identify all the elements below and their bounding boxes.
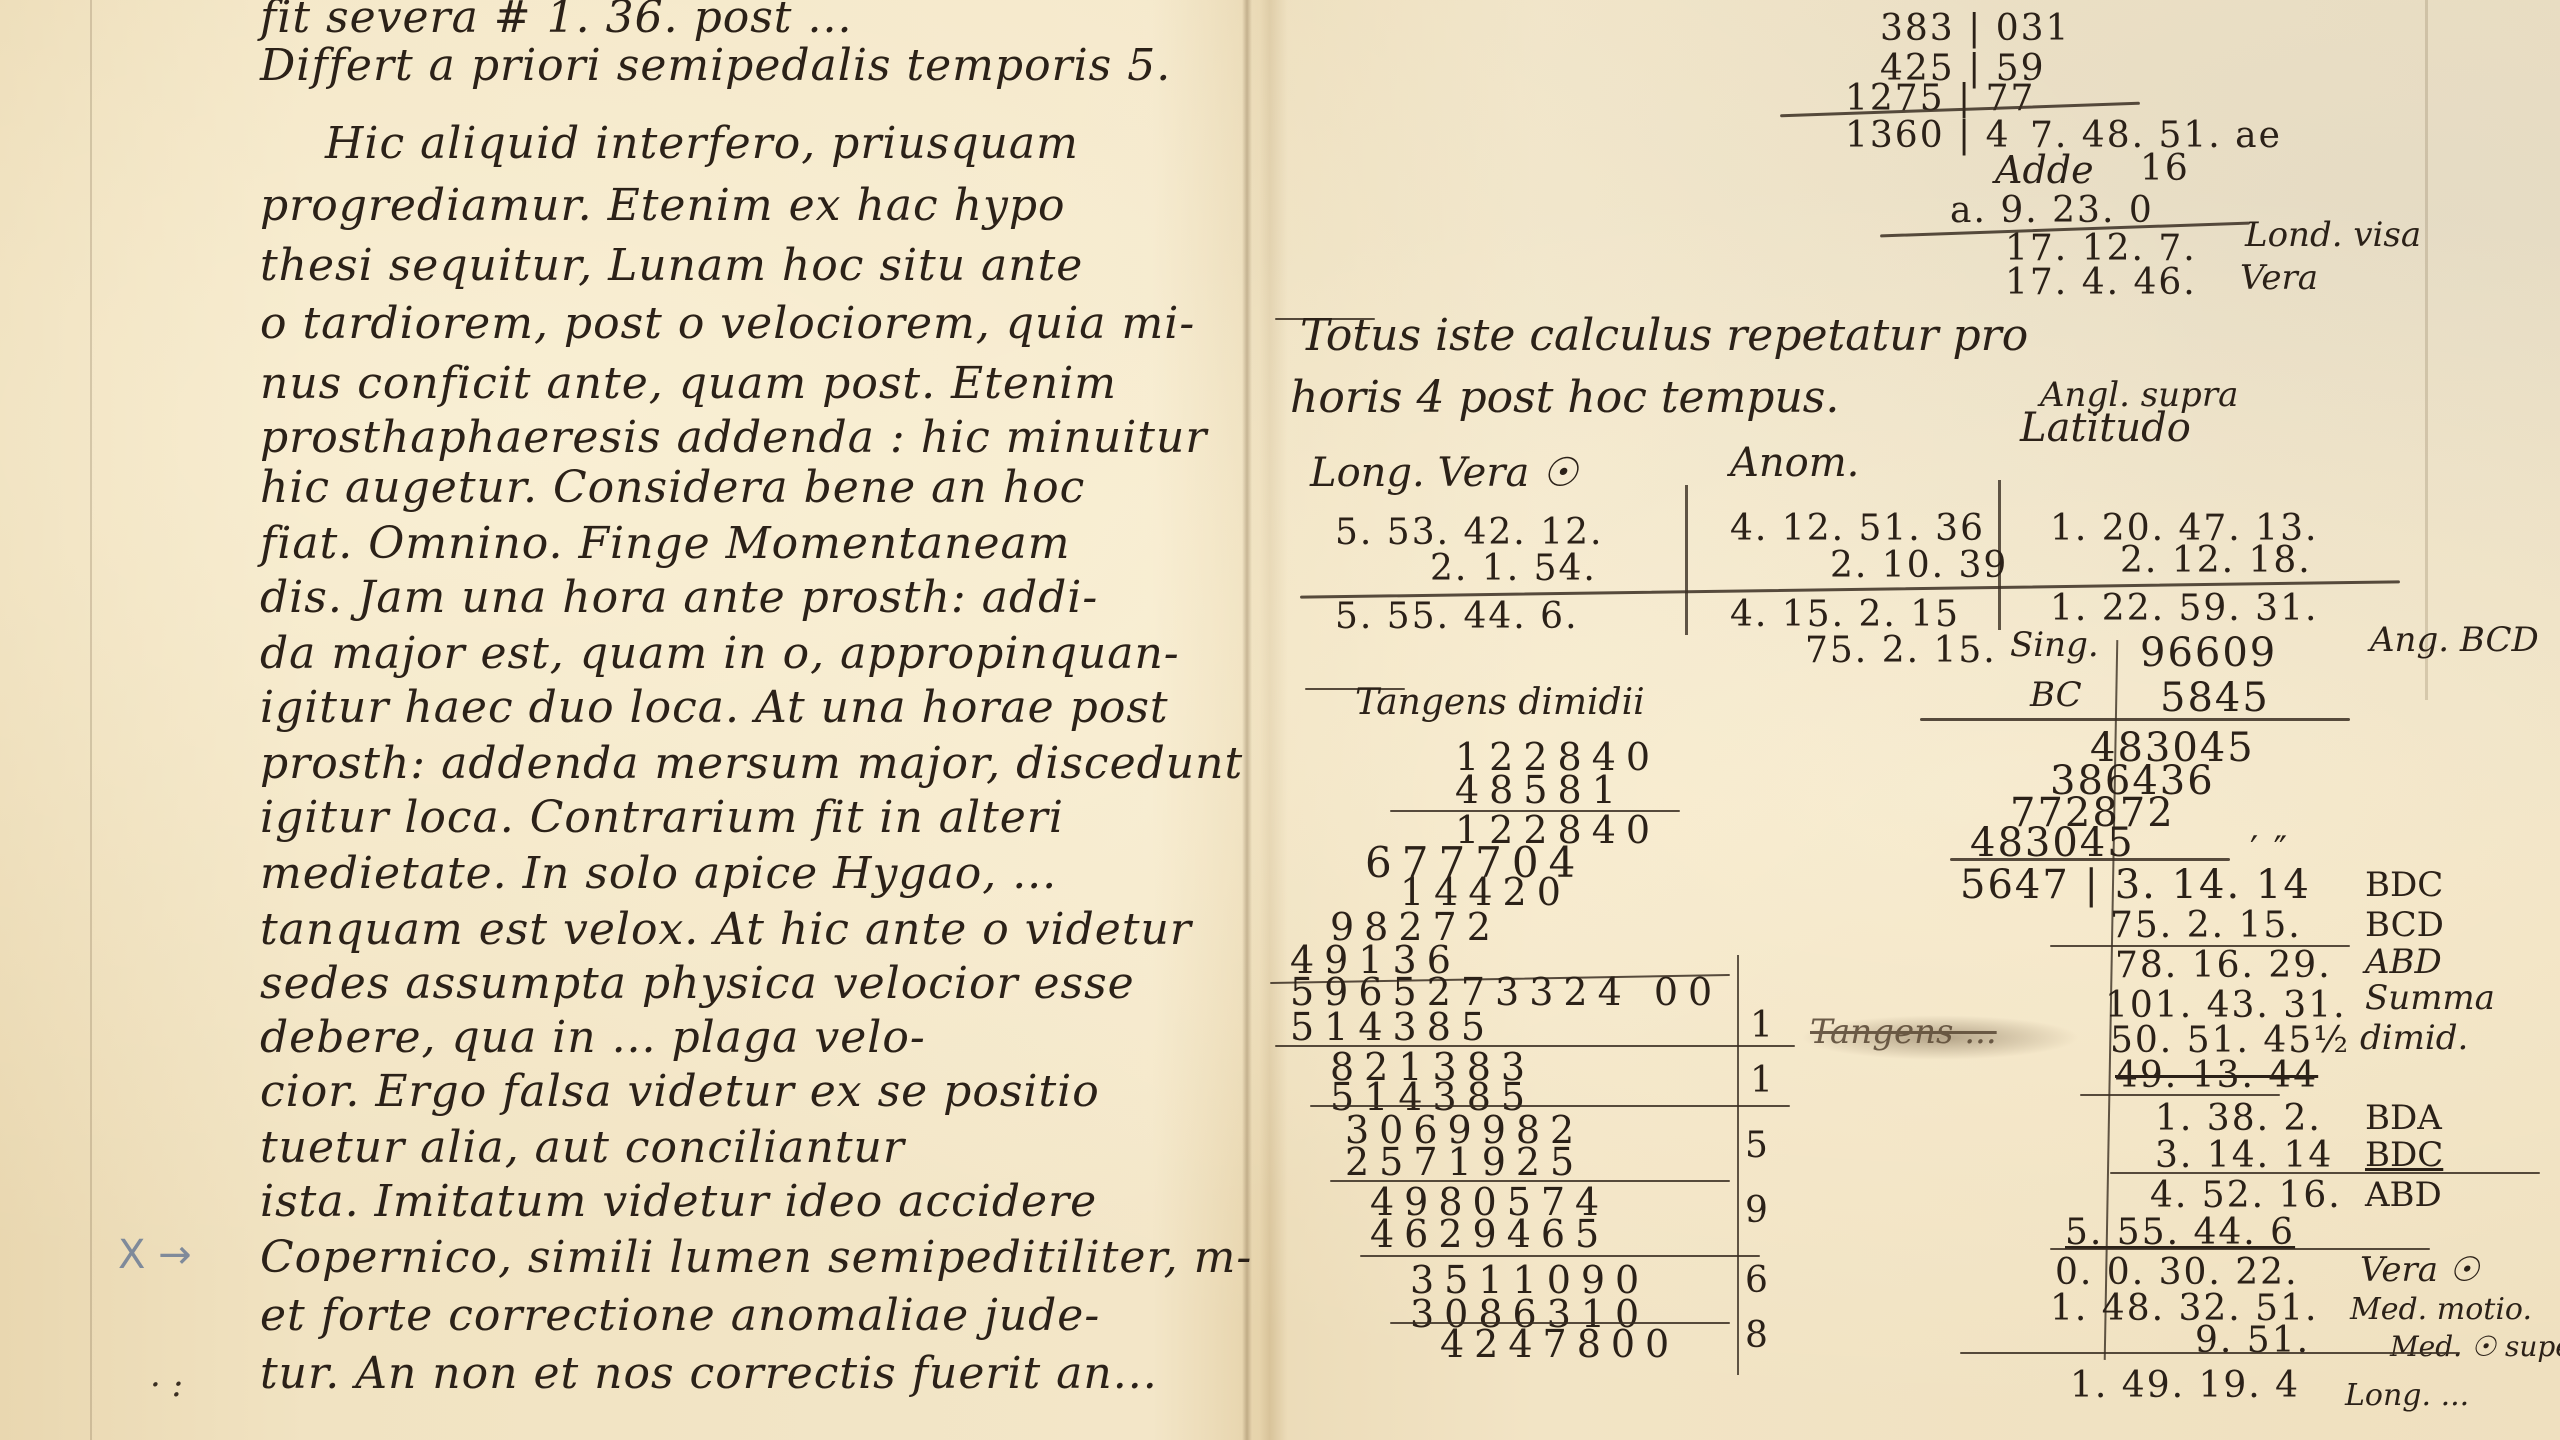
side-digit: 5	[1745, 1125, 1770, 1166]
product-rule	[1920, 718, 2350, 721]
table-cell: 5. 53. 42. 12.	[1335, 512, 1603, 553]
angle-row-label: Summa	[2365, 978, 2495, 1018]
angle-row-value: 4. 52. 16.	[2150, 1175, 2342, 1216]
calc-row: 2571925	[1345, 1140, 1584, 1184]
angle-row-value: 1. 49. 19. 4	[2070, 1365, 2300, 1406]
vera-row: 17. 4. 46.	[2005, 262, 2197, 303]
margin-arrow-note: X →	[118, 1232, 192, 1278]
text-line: tuetur alia, aut conciliantur	[260, 1122, 905, 1173]
calc-row: 1360 | 4	[1845, 115, 2011, 156]
tangens-heading: Tangens dimidii	[1355, 682, 1645, 723]
calc-row: 383 | 031	[1880, 8, 2070, 49]
column-divider	[1685, 485, 1688, 635]
angle-row-value: 1. 38. 2.	[2155, 1098, 2322, 1139]
text-line: nus conficit ante, quam post. Etenim	[260, 358, 1117, 409]
heading-line-1: Totus iste calculus repetatur pro	[1300, 310, 2028, 361]
text-line: cior. Ergo falsa videtur ex se positio	[260, 1066, 1100, 1117]
vera-label: Vera	[2240, 258, 2318, 298]
text-line: sedes assumpta physica velocior esse	[260, 958, 1135, 1009]
text-line: thesi sequitur, Lunam hoc situ ante	[260, 240, 1083, 291]
heading-line-2: horis 4 post hoc tempus.	[1290, 372, 1839, 423]
text-line: ista. Imitatum videtur ideo accidere	[260, 1176, 1097, 1227]
sum-value: a. 9. 23. 0	[1950, 190, 2154, 231]
text-line: o tardiorem, post o velociorem, quia mi-	[260, 298, 1195, 349]
sum-rule	[1960, 1352, 2460, 1354]
text-line: igitur loca. Contrarium fit in alteri	[260, 792, 1064, 843]
side-digit: 1	[1750, 1005, 1775, 1046]
angle-row-label: Med. motio.	[2350, 1292, 2532, 1327]
text-line: fit severa # 1. 36. post ...	[260, 0, 852, 43]
angle-row-label: Vera ☉	[2360, 1250, 2479, 1290]
angle-row-value: 9. 51.	[2195, 1320, 2310, 1361]
angle-row-label: dimid.	[2360, 1018, 2468, 1058]
total-cell: 4. 15. 2. 15	[1730, 594, 1960, 635]
side-digit: 8	[1745, 1315, 1770, 1356]
text-line: Hic aliquid interfero, priusquam	[325, 118, 1079, 169]
angle-row-label: Med. ☉ super 4 Horae	[2390, 1330, 2560, 1363]
table-cell: 2. 1. 54.	[1430, 548, 1597, 589]
calc-row: 4629465	[1370, 1212, 1609, 1256]
text-line: hic augetur. Considera bene an hoc	[260, 462, 1085, 513]
column-header-lat: Latitudo	[2020, 405, 2191, 451]
column-header-anom: Anom.	[1730, 440, 1859, 486]
table-cell: 4. 12. 51. 36	[1730, 508, 1985, 549]
text-line: igitur haec duo loca. At una horae post	[260, 682, 1169, 733]
left-page-text: fit severa # 1. 36. post ... Differt a p…	[260, 0, 1250, 1440]
text-line: da major est, quam in o, appropinquan-	[260, 628, 1180, 679]
side-digit: 1	[1750, 1060, 1775, 1101]
text-line: debere, qua in ... plaga velo-	[260, 1012, 926, 1063]
column-divider	[1737, 955, 1739, 1375]
ang-label: Ang. BCD	[2370, 620, 2539, 660]
text-line: Differt a priori semipedalis temporis 5.	[260, 40, 1171, 91]
right-page-calculations: 383 | 031 425 | 59 1275 | 77 1360 | 4 7.…	[1260, 0, 2560, 1440]
product-rule	[1360, 1255, 1760, 1257]
text-line: progrediamur. Etenim ex hac hypo	[260, 180, 1065, 231]
angle-row-label: Long. ...	[2345, 1378, 2469, 1413]
side-digit: 9	[1745, 1190, 1770, 1231]
total-cell: 1. 22. 59. 31.	[2050, 588, 2318, 629]
ink-smudge	[1800, 1015, 2080, 1060]
lond-label: Lond. visa	[2245, 215, 2421, 255]
text-line: tur. An non et nos correctis fuerit an..…	[260, 1348, 1158, 1399]
text-line: Copernico, simili lumen semipeditiliter,…	[260, 1232, 1252, 1283]
calc-row: 4247800	[1440, 1322, 1679, 1366]
left-margin-rule	[90, 0, 92, 1440]
adde-label: Adde	[1995, 148, 2094, 192]
text-line: et forte correctione anomaliae jude-	[260, 1290, 1100, 1341]
sum-rule	[2110, 1172, 2540, 1174]
angle-row-value: 0. 0. 30. 22.	[2055, 1252, 2299, 1293]
angle-row-label: BDA	[2365, 1098, 2442, 1138]
angle-label: BDC	[2365, 865, 2443, 905]
bc-value: 5845	[2160, 675, 2270, 721]
text-line: prosthaphaeresis addenda : hic minuitur	[260, 412, 1207, 463]
total-cell: 5. 55. 44. 6.	[1335, 596, 1579, 637]
sin-value: 96609	[2140, 630, 2277, 676]
angle-row-value: 75. 2. 15.	[2110, 905, 2302, 946]
sum-rule	[2080, 1094, 2280, 1096]
calc-row: 514385	[1290, 1005, 1495, 1049]
product-result: 5647 | 3. 14. 14	[1960, 862, 2311, 908]
text-line: dis. Jam una hora ante prosth: addi-	[260, 572, 1098, 623]
angle-row-value: 5. 55. 44. 6	[2065, 1212, 2295, 1253]
angle-row-value: 78. 16. 29.	[2115, 945, 2332, 986]
column-header-long: Long. Vera ☉	[1310, 450, 1578, 496]
side-digit: 6	[1745, 1260, 1770, 1301]
text-line: prosth: addenda mersum major, discedunt	[260, 738, 1243, 789]
text-line: fiat. Omnino. Finge Momentaneam	[260, 518, 1071, 569]
product-rule	[1950, 858, 2230, 861]
margin-dots: · :	[150, 1365, 183, 1405]
text-line: medietate. In solo apice Hygao, ...	[260, 848, 1057, 899]
adde-value: 16	[2140, 148, 2190, 189]
manuscript-spread: fit severa # 1. 36. post ... Differt a p…	[0, 0, 2560, 1440]
angle-row-label: BDC	[2365, 1135, 2443, 1175]
calc-row: 48581	[1455, 768, 1626, 812]
angle-value: 75. 2. 15.	[1805, 630, 1997, 671]
angle-row-label: ABD	[2365, 942, 2442, 982]
angle-row-value: 3. 14. 14	[2155, 1135, 2333, 1176]
angle-row-value-struck: 49. 13. 44	[2115, 1055, 2318, 1096]
angle-row-label: ABD	[2365, 1175, 2442, 1215]
table-cell: 2. 12. 18.	[2120, 540, 2312, 581]
table-cell: 2. 10. 39	[1830, 545, 2008, 586]
angle-row-label: BCD	[2365, 905, 2444, 945]
bc-label: BC	[2030, 675, 2082, 715]
product-rule	[1310, 1105, 1790, 1107]
text-line: tanquam est velox. At hic ante o videtur	[260, 904, 1192, 955]
sin-label: Sing.	[2010, 625, 2099, 665]
